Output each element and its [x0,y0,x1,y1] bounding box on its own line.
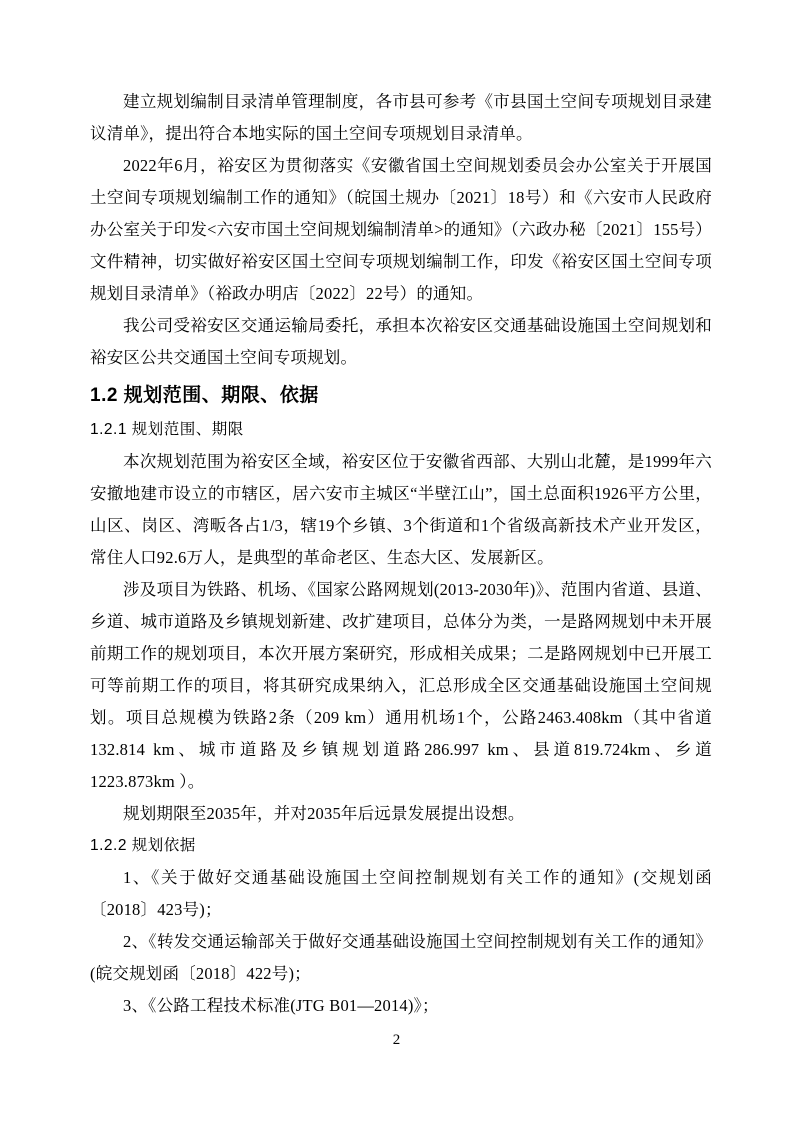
subsection-heading-1-2-2: 1.2.2 规划依据 [90,830,712,862]
document-page: 建立规划编制目录清单管理制度，各市县可参考《市县国土空间专项规划目录建议清单》，… [0,0,793,1122]
paragraph-commission: 我公司受裕安区交通运输局委托，承担本次裕安区交通基础设施国土空间规划和裕安区公共… [90,310,712,374]
page-number: 2 [0,1030,793,1050]
paragraph-2022-notice: 2022年6月，裕安区为贯彻落实《安徽省国土空间规划委员会办公室关于开展国土空间… [90,150,712,310]
paragraph-projects-involved: 涉及项目为铁路、机场、《国家公路网规划(2013-2030年)》、范围内省道、县… [90,574,712,798]
paragraph-planning-horizon: 规划期限至2035年，并对2035年后远景发展提出设想。 [90,798,712,830]
subsection-heading-1-2-1: 1.2.1 规划范围、期限 [90,414,712,446]
paragraph-catalog-system: 建立规划编制目录清单管理制度，各市县可参考《市县国土空间专项规划目录建议清单》，… [90,86,712,150]
basis-item-2: 2、《转发交通运输部关于做好交通基础设施国土空间控制规划有关工作的通知》(皖交规… [90,926,712,990]
basis-item-3: 3、《公路工程技术标准(JTG B01—2014)》； [90,990,712,1022]
document-content: 建立规划编制目录清单管理制度，各市县可参考《市县国土空间专项规划目录建议清单》，… [90,86,712,1022]
section-heading-1-2: 1.2 规划范围、期限、依据 [90,380,712,412]
basis-item-1: 1、《关于做好交通基础设施国土空间控制规划有关工作的通知》(交规划函〔2018〕… [90,862,712,926]
paragraph-planning-scope: 本次规划范围为裕安区全域，裕安区位于安徽省西部、大别山北麓，是1999年六安撤地… [90,446,712,574]
